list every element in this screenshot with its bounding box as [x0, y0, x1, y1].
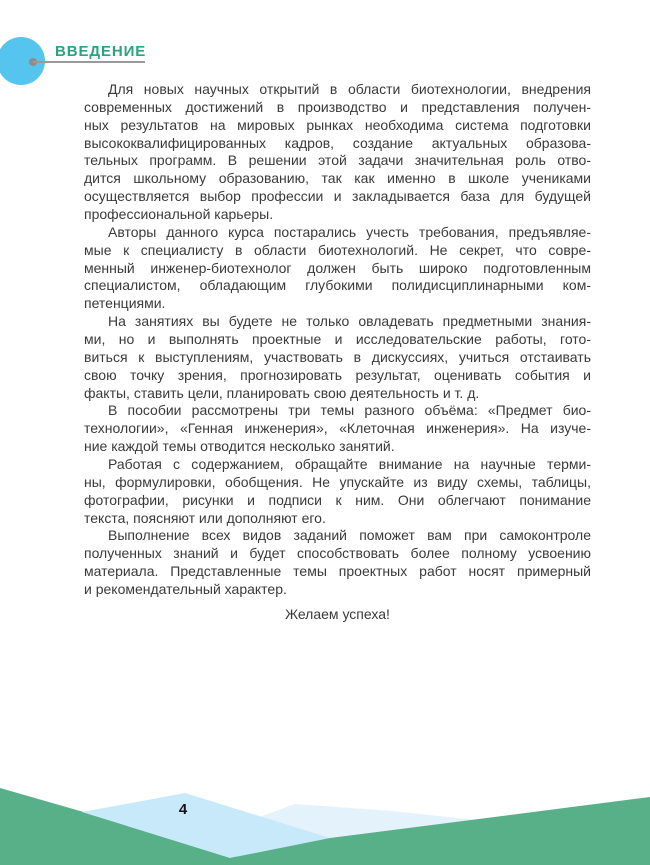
text-line: ны, формулировки, обобщения. Не упускайт… — [84, 474, 591, 492]
text-line: текста, поясняют или дополняют его. — [84, 510, 591, 528]
text-line: ных результатов на мировых рынках необхо… — [84, 117, 591, 135]
text-line: ми, но и выполнять проектные и исследова… — [84, 331, 591, 349]
footer-decoration — [0, 780, 650, 865]
header-underline — [33, 61, 145, 63]
text-line: Выполнение всех видов заданий поможет ва… — [84, 527, 591, 545]
text-line: На занятиях вы будете не только овладева… — [84, 313, 591, 331]
text-line: современных достижений в производство и … — [84, 99, 591, 117]
text-line: материала. Представленные темы проектных… — [84, 563, 591, 581]
text-line: мые к специалисту в области биотехнологи… — [84, 242, 591, 260]
book-page: ВВЕДЕНИЕ Для новых научных открытий в об… — [0, 0, 650, 865]
text-line: дится школьному образованию, так как име… — [84, 170, 591, 188]
body-text: Для новых научных открытий в области био… — [84, 81, 591, 599]
page-number: 4 — [170, 801, 196, 818]
text-line: ние каждой темы отводится несколько заня… — [84, 438, 591, 456]
closing-line: Желаем успеха! — [84, 605, 591, 623]
text-line: полученных знаний и будет способствовать… — [84, 545, 591, 563]
text-line: технологии», «Генная инженерия», «Клеточ… — [84, 420, 591, 438]
text-line: высококвалифицированных кадров, создание… — [84, 135, 591, 153]
text-line: Работая с содержанием, обращайте внимани… — [84, 456, 591, 474]
page-title: ВВЕДЕНИЕ — [55, 44, 146, 59]
text-line: тельных программ. В решении этой задачи … — [84, 152, 591, 170]
text-line: петенциями. — [84, 295, 591, 313]
text-line: Авторы данного курса постарались учесть … — [84, 224, 591, 242]
text-line: фотографии, рисунки и подписи к ним. Они… — [84, 492, 591, 510]
text-line: специалистом, обладающим глубокими полид… — [84, 277, 591, 295]
text-line: В пособии рассмотрены три темы разного о… — [84, 402, 591, 420]
text-line: профессиональной карьеры. — [84, 206, 591, 224]
text-line: свою точку зрения, прогнозировать резуль… — [84, 367, 591, 385]
text-line: Для новых научных открытий в области био… — [84, 81, 591, 99]
text-line: факты, ставить цели, планировать свою де… — [84, 385, 591, 403]
text-line: виться к выступлениям, участвовать в дис… — [84, 349, 591, 367]
text-line: менный инженер-биотехнолог должен быть ш… — [84, 260, 591, 278]
text-line: и рекомендательный характер. — [84, 581, 591, 599]
text-line: осуществляется выбор профессии и заклады… — [84, 188, 591, 206]
